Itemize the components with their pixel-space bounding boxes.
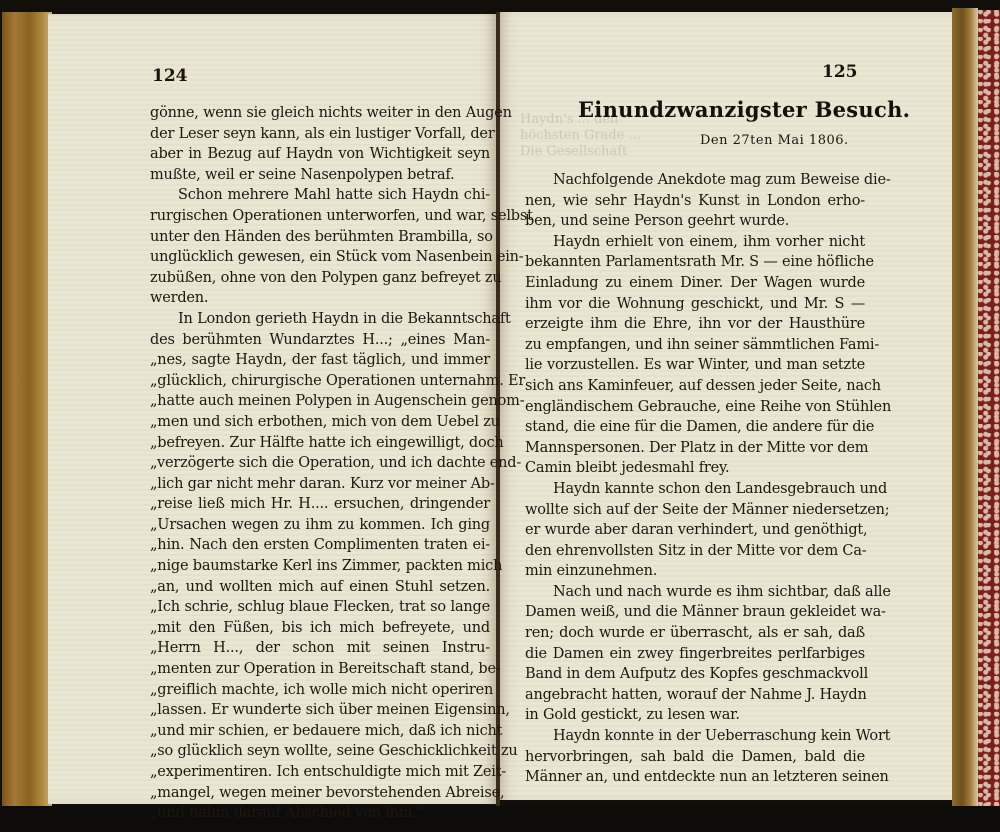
text-line: Schon mehrere Mahl hatte sich Haydn chi- [150,185,490,206]
text-line: Camin bleibt jedesmahl frey. [525,458,865,479]
chapter-heading: Einundzwanzigster Besuch. [578,97,910,122]
text-line: Band in dem Aufputz des Kopfes geschmack… [525,664,865,685]
text-line: Damen weiß, und die Männer braun gekleid… [525,602,865,623]
text-line: engländischem Gebrauche, eine Reihe von … [525,397,865,418]
text-line: angebracht hatten, worauf der Nahme J. H… [525,685,865,706]
text-line: „menten zur Operation in Bereitschaft st… [150,659,490,680]
text-line: erzeigte ihm die Ehre, ihn vor der Haust… [525,314,865,335]
text-line: „so glücklich seyn wollte, seine Geschic… [150,741,490,762]
text-line: nen, wie sehr Haydn's Kunst in London er… [525,191,865,212]
text-line: „mit den Füßen, bis ich mich befreyete, … [150,618,490,639]
text-line: den ehrenvollsten Sitz in der Mitte vor … [525,541,865,562]
text-line: werden. [150,288,490,309]
text-line: „und mir schien, er bedauere mich, daß i… [150,721,490,742]
text-line: der Leser seyn kann, als ein lustiger Vo… [150,124,490,145]
book-fore-edge-left [2,12,52,812]
text-line: Haydn erhielt von einem, ihm vorher nich… [525,232,865,253]
left-page-text: gönne, wenn sie gleich nichts weiter in … [150,103,490,824]
text-line: wollte sich auf der Seite der Männer nie… [525,500,865,521]
page-number-right: 125 [822,62,858,82]
text-line: unter den Händen des berühmten Brambilla… [150,227,490,248]
text-line: min einzunehmen. [525,561,865,582]
text-line: sich ans Kaminfeuer, auf dessen jeder Se… [525,376,865,397]
text-line: bekannten Parlamentsrath Mr. S — eine hö… [525,252,865,273]
text-line: „Ich schrie, schlug blaue Flecken, trat … [150,597,490,618]
text-line: mußte, weil er seine Nasenpolypen betraf… [150,165,490,186]
text-line: Nach und nach wurde es ihm sichtbar, daß… [525,582,865,603]
text-line: ben, und seine Person geehrt wurde. [525,211,865,232]
text-line: er wurde aber daran verhindert, und genö… [525,520,865,541]
text-line: „hin. Nach den ersten Complimenten trate… [150,535,490,556]
text-line: „nes, sagte Haydn, der fast täglich, und… [150,350,490,371]
text-line: „reise ließ mich Hr. H.... ersuchen, dri… [150,494,490,515]
page-number-left: 124 [152,66,188,86]
text-line: Nachfolgende Anekdote mag zum Beweise di… [525,170,865,191]
text-line: „lassen. Er wunderte sich über meinen Ei… [150,700,490,721]
chapter-dateline: Den 27ten Mai 1806. [700,133,849,148]
text-line: In London gerieth Haydn in die Bekanntsc… [150,309,490,330]
text-line: Männer an, und entdeckte nun an letztere… [525,767,865,788]
text-line: ihm vor die Wohnung geschickt, und Mr. S… [525,294,865,315]
text-line: gönne, wenn sie gleich nichts weiter in … [150,103,490,124]
text-line: in Gold gestickt, zu lesen war. [525,705,865,726]
text-line: „lich gar nicht mehr daran. Kurz vor mei… [150,474,490,495]
text-line: aber in Bezug auf Haydn von Wichtigkeit … [150,144,490,165]
text-line: „men und sich erbothen, mich von dem Ueb… [150,412,490,433]
text-line: stand, die eine für die Damen, die ander… [525,417,865,438]
text-line: ren; doch wurde er überrascht, als er sa… [525,623,865,644]
text-line: Mannspersonen. Der Platz in der Mitte vo… [525,438,865,459]
text-line: „Ursachen wegen zu ihm zu kommen. Ich gi… [150,515,490,536]
text-line: des berühmten Wundarztes H...; „eines Ma… [150,330,490,351]
text-line: „nige baumstarke Kerl ins Zimmer, packte… [150,556,490,577]
text-line: Haydn konnte in der Ueberraschung kein W… [525,726,865,747]
text-line: „mangel, wegen meiner bevorstehenden Abr… [150,783,490,804]
text-line: „experimentiren. Ich entschuldigte mich … [150,762,490,783]
text-line: Einladung zu einem Diner. Der Wagen wurd… [525,273,865,294]
text-line: die Damen ein zwey fingerbreites perlfar… [525,644,865,665]
text-line: zubüßen, ohne von den Polypen ganz befre… [150,268,490,289]
text-line: unglücklich gewesen, ein Stück vom Nasen… [150,247,490,268]
text-line: „befreyen. Zur Hälfte hatte ich eingewil… [150,433,490,454]
right-page-text: Nachfolgende Anekdote mag zum Beweise di… [525,170,865,788]
open-book-spread: 124 125 Haydn's ... den höchsten Grade .… [0,0,1000,832]
text-line: „glücklich, chirurgische Operationen unt… [150,371,490,392]
text-line: „hatte auch meinen Polypen in Augenschei… [150,391,490,412]
text-line: „verzögerte sich die Operation, und ich … [150,453,490,474]
marbled-cover-edge [978,10,1000,810]
text-line: rurgischen Operationen unterworfen, und … [150,206,490,227]
text-line: „greiflich machte, ich wolle mich nicht … [150,680,490,701]
text-line: „Herrn H..., der schon mit seinen Instru… [150,638,490,659]
text-line: lie vorzustellen. Es war Winter, und man… [525,355,865,376]
text-line: zu empfangen, und ihn seiner sämmtlichen… [525,335,865,356]
book-fore-edge-right [952,8,978,808]
text-line: Haydn kannte schon den Landesgebrauch un… [525,479,865,500]
text-line: „und nahm darauf Abschied von ihm.“ [150,803,490,824]
text-line: hervorbringen, sah bald die Damen, bald … [525,747,865,768]
text-line: „an, und wollten mich auf einen Stuhl se… [150,577,490,598]
